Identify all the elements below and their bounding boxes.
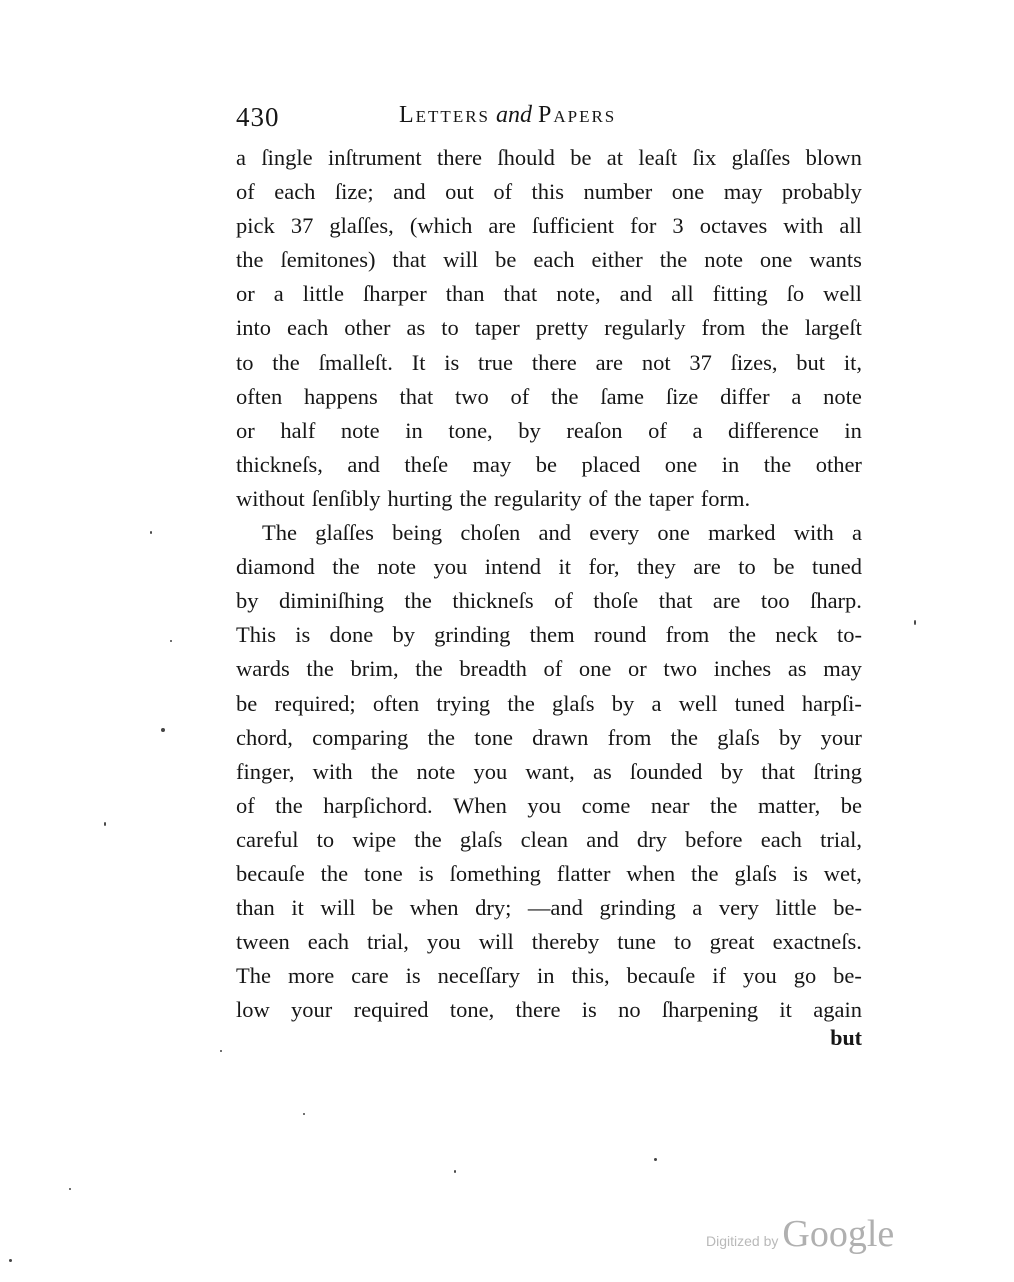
text-line: intoeachotherastotaperprettyregularlyfro… [236, 311, 862, 345]
scan-speck [150, 531, 152, 534]
text-line: carefultowipetheglaſscleananddrybeforeea… [236, 823, 862, 857]
text-line: finger,withthenoteyouwant,asſoundedbytha… [236, 755, 862, 789]
text-line: wardsthebrim,thebreadthofoneortwoinchesa… [236, 652, 862, 686]
catchword: but [830, 1025, 862, 1051]
body-text: aſingleinſtrumentthereſhouldbeatleaſtſix… [236, 141, 862, 1027]
running-head-and: and [496, 102, 532, 128]
text-line: lowyourrequiredtone,thereisnoſharpeningi… [236, 993, 862, 1027]
scan-speck [220, 1050, 222, 1052]
text-line: thickneſs,andtheſemaybeplacedoneintheoth… [236, 448, 862, 482]
text-line: chord,comparingthetonedrawnfromtheglaſsb… [236, 721, 862, 755]
scan-speck [654, 1158, 657, 1161]
text-line: Themorecareisneceſſaryinthis,becauſeifyo… [236, 959, 862, 993]
text-line: berequired;oftentryingtheglaſsbyawelltun… [236, 687, 862, 721]
scan-speck [914, 620, 916, 625]
scan-speck [454, 1170, 456, 1173]
text-line: ofeachſize;andoutofthisnumberonemayproba… [236, 175, 862, 209]
scan-speck [69, 1188, 71, 1190]
text-line: oftheharpſichord.Whenyoucomenearthematte… [236, 789, 862, 823]
google-logo: Google [782, 1212, 894, 1256]
watermark-prefix: Digitized by [706, 1233, 778, 1249]
text-line: totheſmalleſt.Itistruetherearenot37ſizes… [236, 346, 862, 380]
scan-speck [104, 822, 106, 826]
text-line: aſingleinſtrumentthereſhouldbeatleaſtſix… [236, 141, 862, 175]
text-line: Theglaſſesbeingchoſenandeveryonemarkedwi… [236, 516, 862, 550]
running-head: LettersandPapers [399, 102, 616, 129]
text-line: withoutſenſiblyhurtingtheregularityofthe… [236, 482, 862, 516]
scan-speck [170, 640, 172, 642]
running-head-letters: Letters [399, 102, 490, 128]
text-line: bydiminiſhingthethickneſsofthoſethataret… [236, 584, 862, 618]
text-line: becauſethetoneisſomethingflatterwhentheg… [236, 857, 862, 891]
text-line: tweeneachtrial,youwilltherebytunetogreat… [236, 925, 862, 959]
text-line: orhalfnoteintone,byreaſonofadifferencein [236, 414, 862, 448]
text-line: thanitwillbewhendry;—andgrindingaverylit… [236, 891, 862, 925]
text-line: pick37glaſſes,(whichareſufficientfor3oct… [236, 209, 862, 243]
digitized-by-google-watermark: Digitized by Google [706, 1212, 894, 1256]
page-header: 430 LettersandPapers [236, 100, 862, 140]
scan-speck [303, 1113, 305, 1115]
page-number: 430 [236, 102, 280, 133]
scan-speck [9, 1259, 12, 1262]
text-line: Thisisdonebygrindingthemroundfromtheneck… [236, 618, 862, 652]
running-head-papers: Papers [538, 102, 616, 128]
text-line: oftenhappensthattwooftheſameſizedifferan… [236, 380, 862, 414]
text-line: oralittleſharperthanthatnote,andallfitti… [236, 277, 862, 311]
text-line: theſemitones)thatwillbeeacheitherthenote… [236, 243, 862, 277]
text-line: diamondthenoteyouintenditfor,theyaretobe… [236, 550, 862, 584]
scan-speck [161, 728, 165, 732]
